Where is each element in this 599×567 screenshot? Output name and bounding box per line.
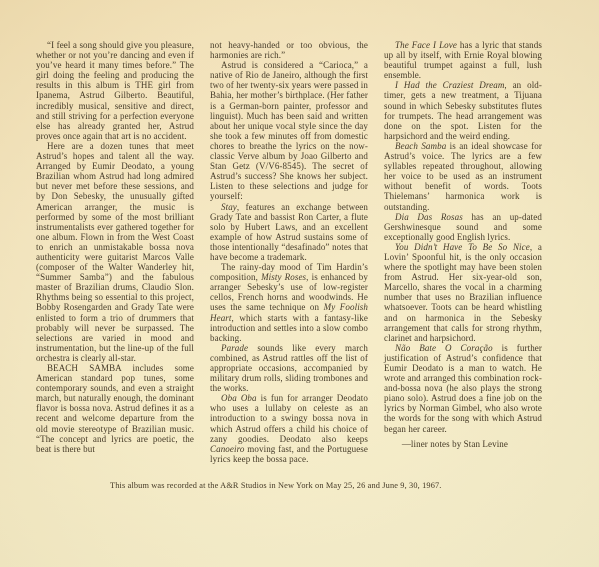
paragraph: You Didn’t Have To Be So Nice, a Lovin’ … xyxy=(384,242,542,343)
paragraph: Não Bate O Coração is further justificat… xyxy=(384,343,542,434)
paragraph: Parade sounds like every march combined,… xyxy=(210,343,368,393)
recording-note: This album was recorded at the A&R Studi… xyxy=(110,481,442,491)
paragraph: Dia Das Rosas has an up-dated Gershwines… xyxy=(384,212,542,242)
paragraph: not heavy-handed or too obvious, the har… xyxy=(210,40,368,60)
paragraph: I Had the Craziest Dream, an old-timer, … xyxy=(384,80,542,141)
paragraph: Beach Samba is an ideal showcase for Ast… xyxy=(384,141,542,212)
paragraph: Here are a dozen tunes that meet Astrud’… xyxy=(36,141,194,363)
paragraph: Astrud is considered a “Carioca,” a nati… xyxy=(210,60,368,201)
liner-notes-column-2: not heavy-handed or too obvious, the har… xyxy=(210,40,368,464)
album-back-cover: “I feel a song should give you pleasure,… xyxy=(0,0,599,567)
paragraph: “I feel a song should give you pleasure,… xyxy=(36,40,194,141)
paragraph: BEACH SAMBA includes some American stand… xyxy=(36,363,194,454)
liner-notes-text: “I feel a song should give you pleasure,… xyxy=(36,40,542,464)
paragraph: The rainy-day mood of Tim Hardin’s compo… xyxy=(210,262,368,343)
byline: —liner notes by Stan Levine xyxy=(384,439,542,449)
paragraph: Stay, features an exchange between Grady… xyxy=(210,202,368,263)
liner-notes-column-3: The Face I Love has a lyric that stands … xyxy=(384,40,542,464)
paragraph: The Face I Love has a lyric that stands … xyxy=(384,40,542,80)
liner-notes-column-1: “I feel a song should give you pleasure,… xyxy=(36,40,194,464)
paragraph: Oba Oba is fun for arranger Deodato who … xyxy=(210,393,368,464)
